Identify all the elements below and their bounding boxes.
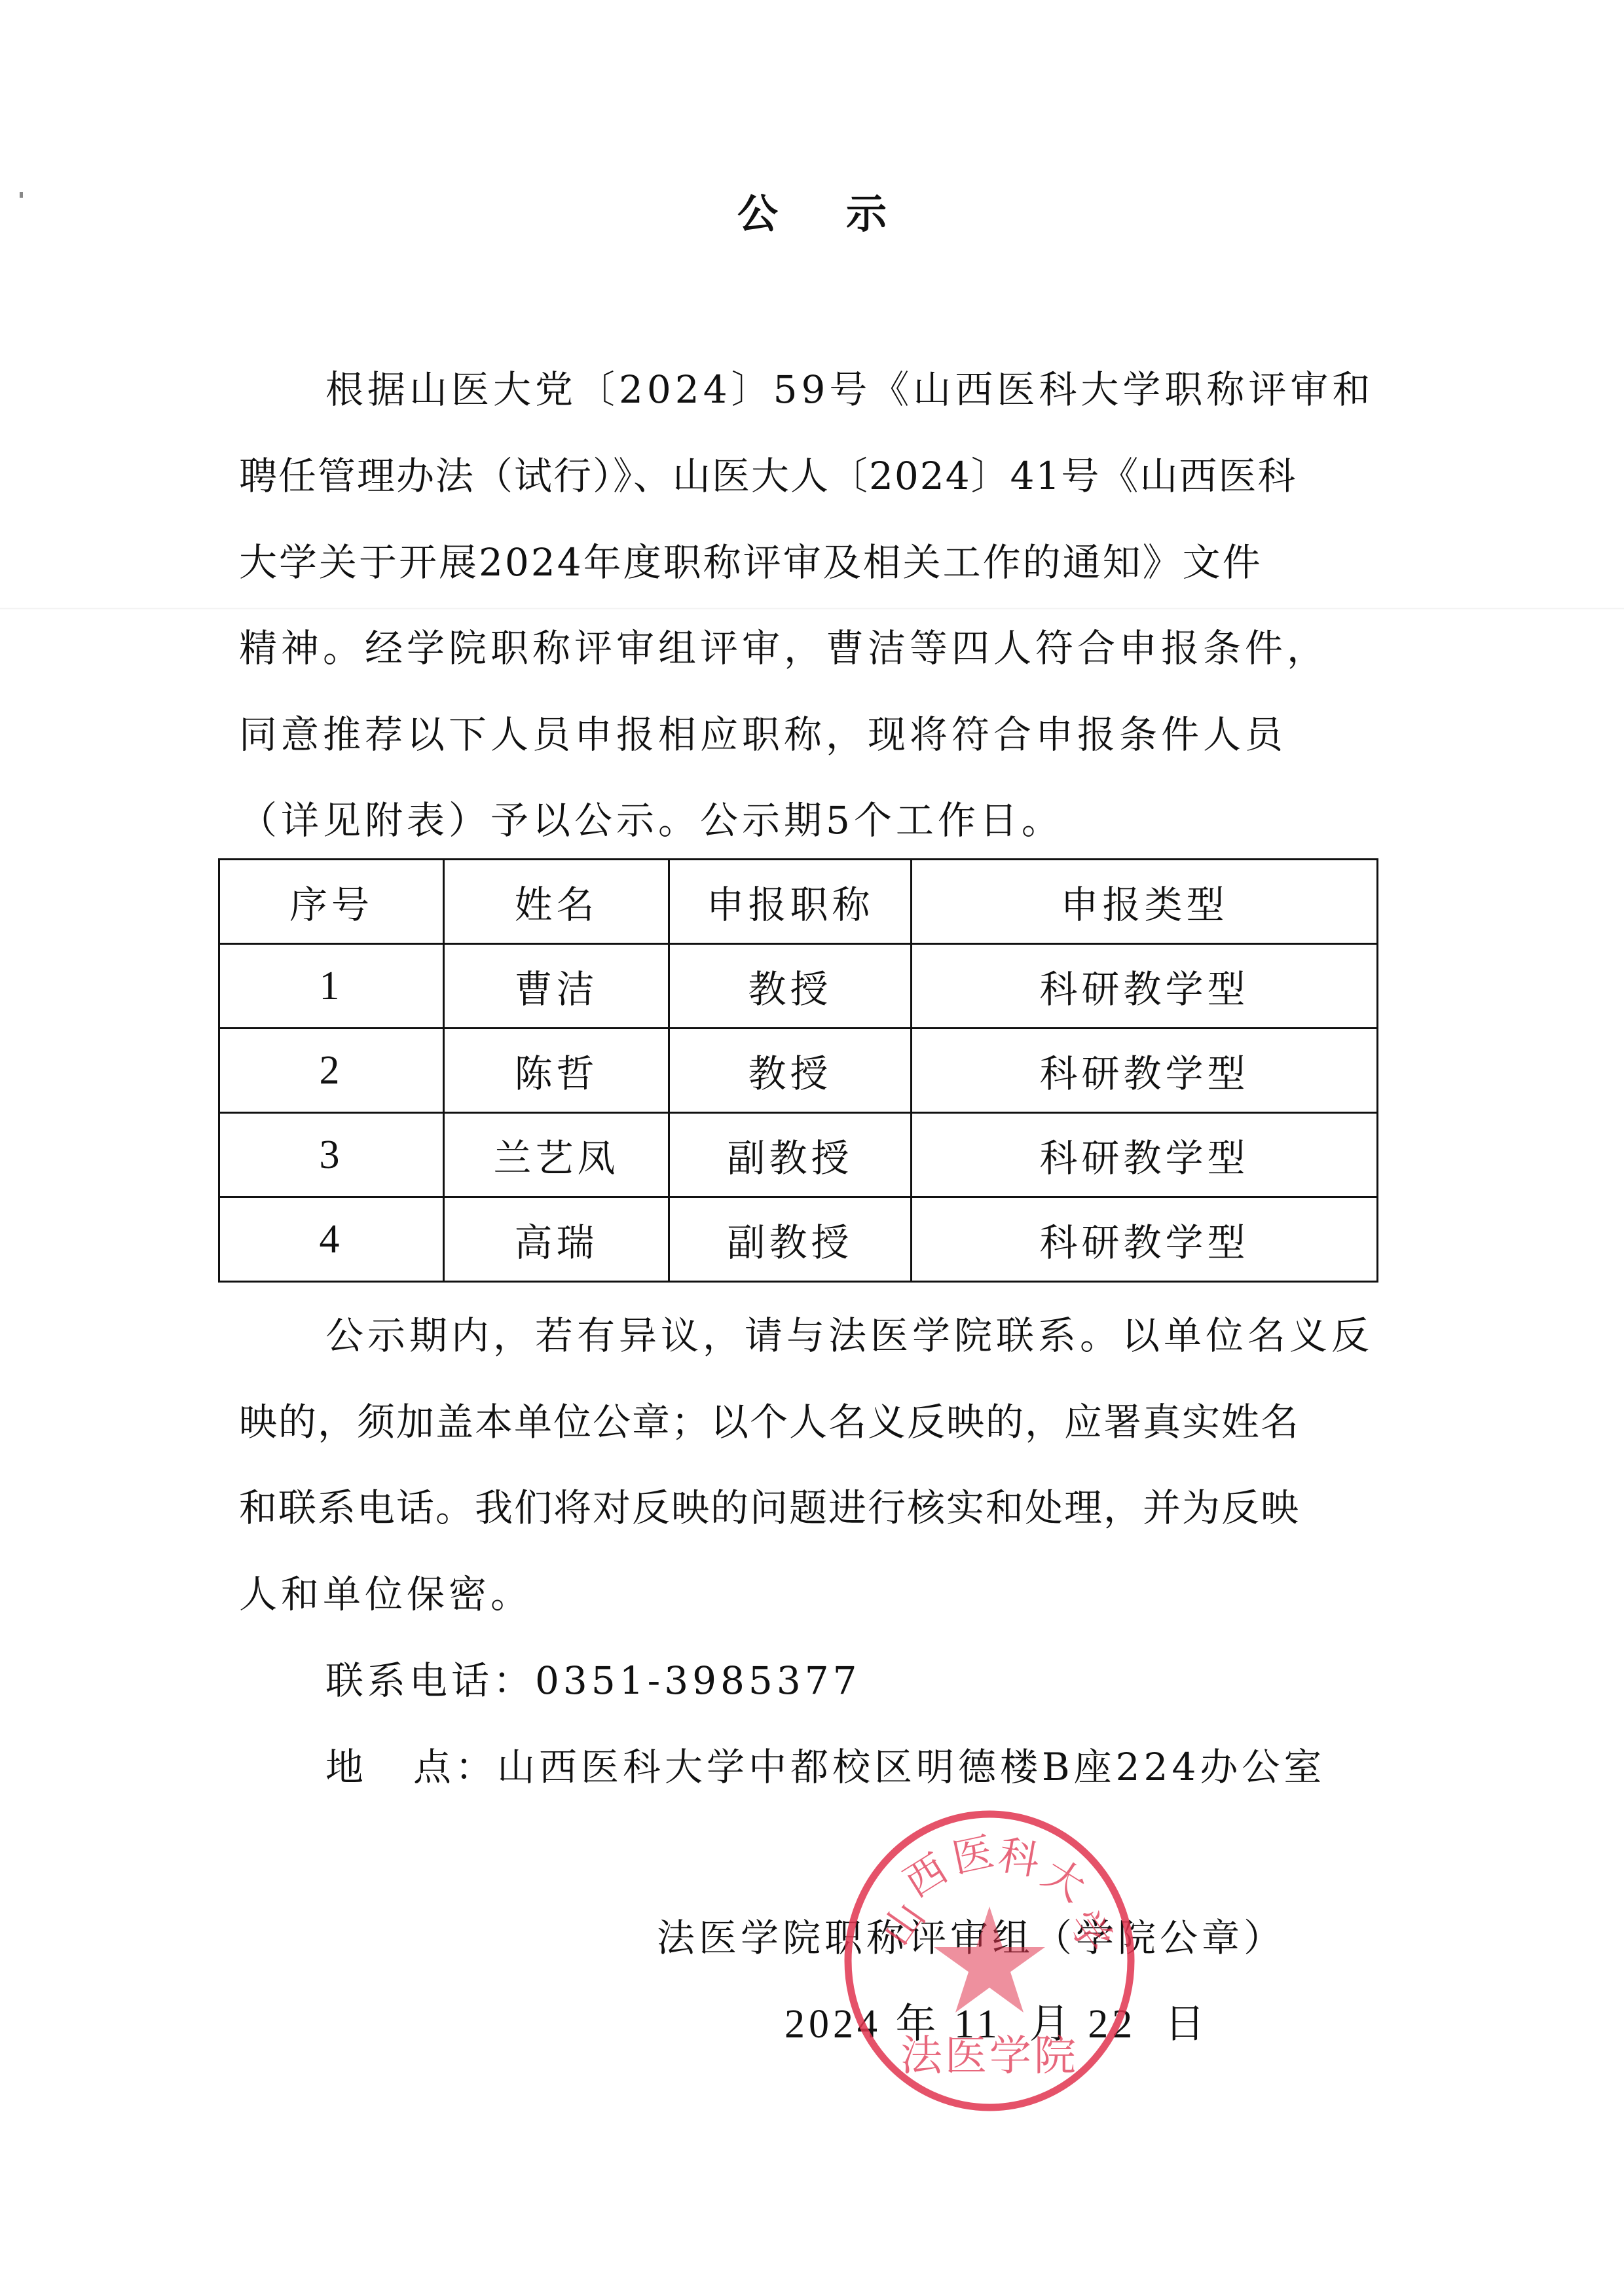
- para2-line-4: 人和单位保密。: [239, 1573, 1372, 1616]
- para1-line-6: （详见附表）予以公示。公示期5个工作日。: [239, 799, 1372, 842]
- para1-line-5: 同意推荐以下人员申报相应职称，现将符合申报条件人员: [239, 713, 1372, 756]
- para2-line-1: 公示期内，若有异议，请与法医学院联系。以单位名义反: [325, 1314, 1372, 1357]
- table-row: 4 高瑞 副教授 科研教学型: [219, 1197, 1378, 1282]
- cell-name: 曹洁: [444, 944, 669, 1029]
- cell-type: 科研教学型: [912, 1113, 1378, 1197]
- title-char-2: 示: [846, 191, 887, 237]
- table-header-row: 序号 姓名 申报职称 申报类型: [219, 860, 1378, 944]
- cell-no: 4: [219, 1197, 444, 1282]
- address-label-2: 点：: [413, 1745, 497, 1789]
- seal-char: 医: [948, 1827, 998, 1882]
- candidates-table: 序号 姓名 申报职称 申报类型 1 曹洁 教授 科研教学型 2 陈哲 教授 科研…: [218, 858, 1378, 1283]
- address-value: 山西医科大学中都校区明德楼B座224办公室: [497, 1745, 1325, 1789]
- table-row: 3 兰艺凤 副教授 科研教学型: [219, 1113, 1378, 1197]
- table-row: 2 陈哲 教授 科研教学型: [219, 1029, 1378, 1113]
- para1-line-4: 精神。经学院职称评审组评审，曹洁等四人符合申报条件，: [239, 627, 1372, 670]
- cell-type: 科研教学型: [912, 1029, 1378, 1113]
- para1-line-2: 聘任管理办法（试行）》、山医大人〔2024〕41号《山西医科: [239, 454, 1372, 498]
- document-page: 公示 根据山医大党〔2024〕59号《山西医科大学职称评审和 聘任管理办法（试行…: [0, 0, 1624, 2296]
- contact-phone: 联系电话：0351-3985377: [325, 1659, 1242, 1702]
- phone-label: 联系电话：: [325, 1658, 535, 1703]
- phone-value: 0351-3985377: [535, 1658, 861, 1703]
- cell-title: 教授: [669, 1029, 912, 1113]
- cell-type: 科研教学型: [912, 944, 1378, 1029]
- signature-date: 2024 年 11 月 22 日: [784, 2003, 1209, 2046]
- header-type: 申报类型: [912, 860, 1378, 944]
- seal-char: 西: [896, 1845, 955, 1907]
- header-no: 序号: [219, 860, 444, 944]
- table-row: 1 曹洁 教授 科研教学型: [219, 944, 1378, 1029]
- header-name: 姓名: [444, 860, 669, 944]
- header-title: 申报职称: [669, 860, 912, 944]
- cell-name: 高瑞: [444, 1197, 669, 1282]
- seal-char: 科: [995, 1831, 1043, 1885]
- scan-artifact-line: [0, 608, 1624, 610]
- cell-type: 科研教学型: [912, 1197, 1378, 1282]
- cell-title: 副教授: [669, 1113, 912, 1197]
- para2-line-3: 和联系电话。我们将对反映的问题进行核实和处理，并为反映: [239, 1486, 1372, 1529]
- contact-address: 地点：山西医科大学中都校区明德楼B座224办公室: [325, 1745, 1373, 1789]
- cell-no: 1: [219, 944, 444, 1029]
- para1-line-3: 大学关于开展2024年度职称评审及相关工作的通知》文件: [239, 541, 1372, 584]
- para1-line-1: 根据山医大党〔2024〕59号《山西医科大学职称评审和: [325, 368, 1372, 411]
- seal-char: 大: [1034, 1849, 1094, 1911]
- cell-no: 2: [219, 1029, 444, 1113]
- para2-line-2: 映的，须加盖本单位公章；以个人名义反映的，应署真实姓名: [239, 1400, 1372, 1444]
- cell-name: 陈哲: [444, 1029, 669, 1113]
- signature-org: 法医学院职称评审组（学院公章）: [657, 1916, 1285, 1959]
- official-seal-stamp: 山 西 医 科 大 学 法医学院: [841, 1808, 1137, 2113]
- document-title: 公示: [0, 191, 1624, 237]
- address-label-1: 地: [325, 1745, 367, 1789]
- cell-name: 兰艺凤: [444, 1113, 669, 1197]
- cell-title: 副教授: [669, 1197, 912, 1282]
- title-char-1: 公: [737, 191, 778, 237]
- cell-no: 3: [219, 1113, 444, 1197]
- cell-title: 教授: [669, 944, 912, 1029]
